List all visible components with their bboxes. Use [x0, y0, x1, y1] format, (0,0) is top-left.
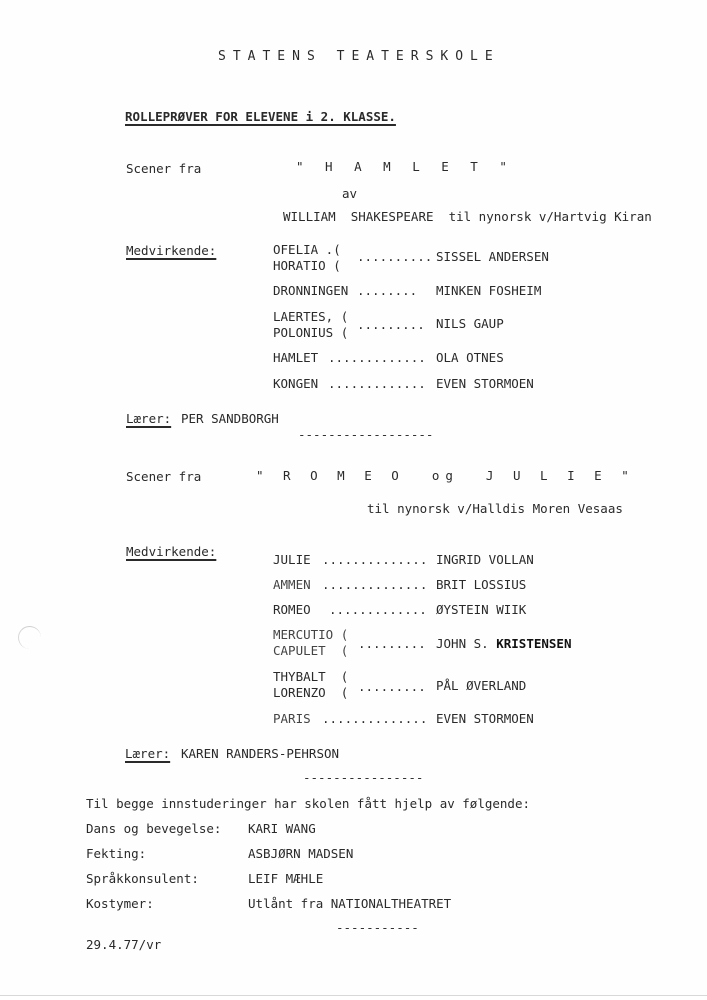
credit-label: Fekting: [86, 847, 146, 861]
credit-label: Dans og bevegelse: [86, 822, 221, 836]
cast-role: LAERTES, ( [273, 310, 348, 324]
cast-actor: MINKEN FOSHEIM [436, 284, 541, 298]
document-page: STATENS TEATERSKOLE ROLLEPRØVER FOR ELEV… [0, 0, 707, 996]
cast-role: PARIS [273, 712, 311, 726]
cast-actor: JOHN S. KRISTENSEN [436, 637, 571, 651]
cast-dots: .............. [322, 553, 427, 567]
cast-role: ROMEO [273, 603, 311, 617]
credit-value: ASBJØRN MADSEN [248, 847, 353, 861]
cast-dots: ......... [358, 680, 426, 694]
hamlet-by: av [342, 187, 357, 201]
romeo-cast-label: Medvirkende: [126, 545, 216, 559]
cast-actor: NILS GAUP [436, 317, 504, 331]
cast-actor: EVEN STORMOEN [436, 712, 534, 726]
separator: ---------------- [303, 771, 423, 785]
hamlet-cast-label: Medvirkende: [126, 244, 216, 258]
document-subtitle: ROLLEPRØVER FOR ELEVENE i 2. KLASSE. [125, 110, 396, 124]
cast-actor: OLA OTNES [436, 351, 504, 365]
hamlet-scener-label: Scener fra [126, 162, 201, 176]
cast-dots: ........ [357, 284, 417, 298]
cast-actor: SISSEL ANDERSEN [436, 250, 549, 264]
cast-dots: ............. [329, 603, 427, 617]
cast-dots: ............. [328, 377, 426, 391]
romeo-teacher: KAREN RANDERS-PEHRSON [181, 747, 339, 761]
hamlet-teacher-label: Lærer: [126, 412, 171, 426]
cast-dots: ............. [328, 351, 426, 365]
separator: ----------- [336, 921, 419, 935]
credit-value: LEIF MÆHLE [248, 872, 323, 886]
institution-title: STATENS TEATERSKOLE [218, 50, 500, 64]
cast-role-2: HORATIO ( [273, 259, 341, 273]
cast-role: DRONNINGEN [273, 284, 348, 298]
cast-role: JULIE [273, 553, 311, 567]
cast-actor: ØYSTEIN WIIK [436, 603, 526, 617]
romeo-teacher-label: Lærer: [125, 747, 170, 761]
hamlet-teacher: PER SANDBORGH [181, 412, 279, 426]
punch-hole-mark [18, 626, 41, 649]
credit-value: Utlånt fra NATIONALTHEATRET [248, 897, 451, 911]
cast-role: AMMEN [273, 578, 311, 592]
hamlet-author-line: WILLIAM SHAKESPEARE til nynorsk v/Hartvi… [283, 210, 652, 224]
romeo-scener-label: Scener fra [126, 470, 201, 484]
document-date: 29.4.77/vr [86, 938, 161, 952]
romeo-translator-line: til nynorsk v/Halldis Moren Vesaas [367, 502, 623, 516]
cast-actor: INGRID VOLLAN [436, 553, 534, 567]
cast-role: OFELIA .( [273, 243, 341, 257]
cast-dots: ......... [358, 637, 426, 651]
cast-role: KONGEN [273, 377, 318, 391]
separator: ------------------ [298, 428, 433, 442]
credit-value: KARI WANG [248, 822, 316, 836]
cast-role: MERCUTIO ( [273, 628, 348, 642]
cast-role: HAMLET [273, 351, 318, 365]
cast-dots: .............. [322, 578, 427, 592]
cast-dots: ......... [357, 318, 425, 332]
credits-intro: Til begge innstuderinger har skolen fått… [86, 797, 530, 811]
cast-role-2: LORENZO ( [273, 686, 348, 700]
cast-role: THYBALT ( [273, 670, 348, 684]
cast-role-2: POLONIUS ( [273, 326, 348, 340]
cast-actor: EVEN STORMOEN [436, 377, 534, 391]
romeo-play-title: " R O M E O og J U L I E " [256, 469, 635, 483]
credit-label: Språkkonsulent: [86, 872, 199, 886]
cast-dots: .......... [357, 250, 432, 264]
hamlet-play-title: " H A M L E T " [296, 160, 514, 174]
cast-dots: .............. [322, 712, 427, 726]
cast-actor-first: JOHN S. [436, 636, 496, 651]
cast-actor: PÅL ØVERLAND [436, 679, 526, 693]
cast-role-2: CAPULET ( [273, 644, 348, 658]
cast-actor: BRIT LOSSIUS [436, 578, 526, 592]
credit-label: Kostymer: [86, 897, 154, 911]
cast-actor-surname: KRISTENSEN [496, 636, 571, 651]
